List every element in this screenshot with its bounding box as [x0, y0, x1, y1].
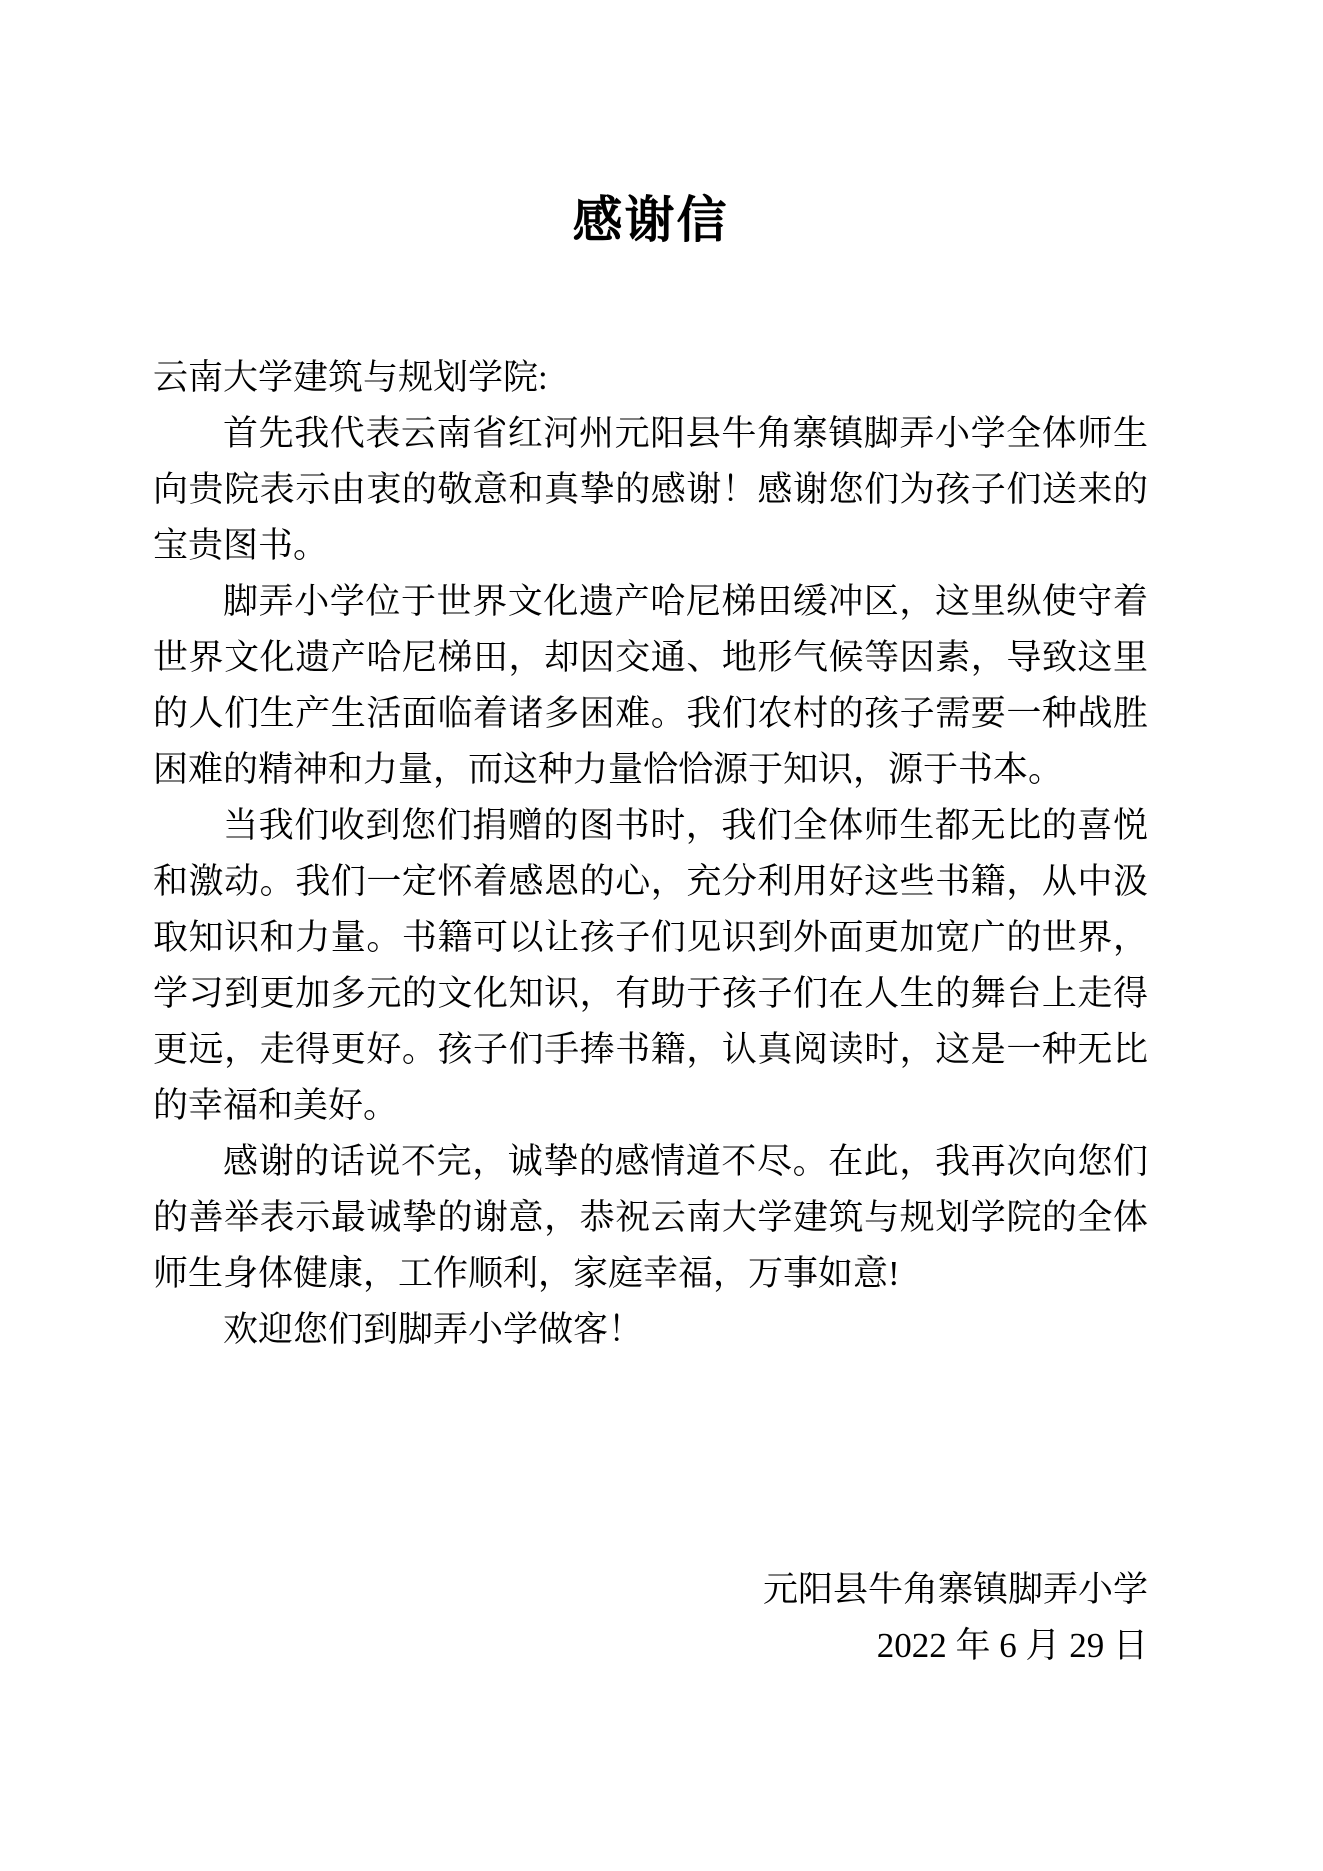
letter-content: 感谢信 云南大学建筑与规划学院: 首先我代表云南省红河州元阳县牛角寨镇脚弄小学全…: [153, 0, 1148, 1674]
signature-school: 元阳县牛角寨镇脚弄小学: [153, 1562, 1148, 1618]
salutation: 云南大学建筑与规划学院:: [153, 350, 1148, 406]
paragraph-4: 感谢的话说不完，诚挚的感情道不尽。在此，我再次向您们的善举表示最诚挚的谢意，恭祝…: [153, 1134, 1148, 1302]
letter-title: 感谢信: [153, 0, 1148, 250]
paragraph-2: 脚弄小学位于世界文化遗产哈尼梯田缓冲区，这里纵使守着世界文化遗产哈尼梯田，却因交…: [153, 574, 1148, 798]
signature-block: 元阳县牛角寨镇脚弄小学 2022 年 6 月 29 日: [153, 1562, 1148, 1674]
paragraph-3: 当我们收到您们捐赠的图书时，我们全体师生都无比的喜悦和激动。我们一定怀着感恩的心…: [153, 798, 1148, 1134]
paragraph-1: 首先我代表云南省红河州元阳县牛角寨镇脚弄小学全体师生向贵院表示由衷的敬意和真挚的…: [153, 406, 1148, 574]
letter-page: 感谢信 云南大学建筑与规划学院: 首先我代表云南省红河州元阳县牛角寨镇脚弄小学全…: [0, 0, 1323, 1871]
signature-date: 2022 年 6 月 29 日: [153, 1618, 1148, 1674]
letter-body: 云南大学建筑与规划学院: 首先我代表云南省红河州元阳县牛角寨镇脚弄小学全体师生向…: [153, 350, 1148, 1358]
paragraph-5: 欢迎您们到脚弄小学做客！: [153, 1302, 1148, 1358]
